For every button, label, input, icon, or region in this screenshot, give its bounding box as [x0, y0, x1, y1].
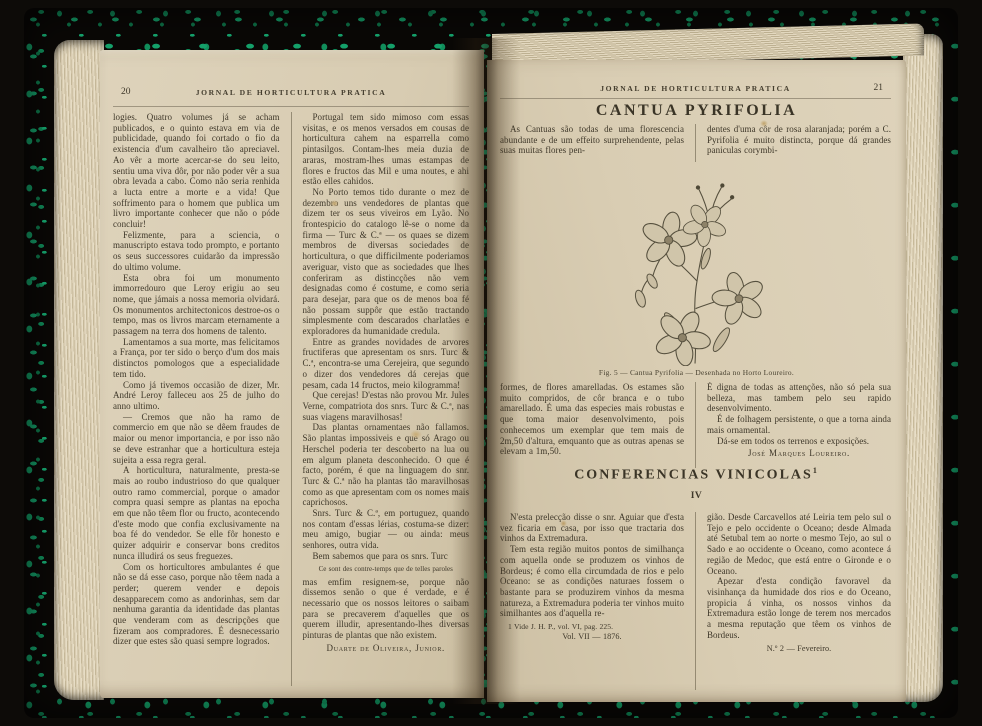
section-number: IV [487, 491, 906, 501]
text-column: dentes d'uma côr de rosa alaranjada; por… [695, 124, 891, 162]
page-number: 20 [121, 87, 131, 97]
left-page-header: 20 JORNAL DE HORTICULTURA PRATICA [113, 88, 469, 100]
paragraph: Snrs. Turc & C.ª, em portuguez, quando n… [303, 508, 470, 551]
issue-line: N.º 2 — Fevereiro. [707, 644, 891, 655]
text-column: gião. Desde Carcavellos até Leiria tem p… [695, 512, 891, 690]
paragraph: Entre as grandes novidades de arvores fr… [303, 337, 470, 391]
paragraph: Que cerejas! D'estas não provou Mr. Jule… [303, 390, 470, 422]
paragraph: Apezar d'esta condição favoravel da visi… [707, 576, 891, 640]
intro-columns: As Cantuas são todas de uma florescencia… [500, 124, 891, 162]
paragraph: formes, de flores amarelladas. Os estame… [500, 382, 684, 457]
figure-caption: Fig. 5 — Cantua Pyrifolia — Desenhada no… [487, 368, 906, 377]
paragraph: gião. Desde Carcavellos até Leiria tem p… [707, 512, 891, 576]
paragraph: logies. Quatro volumes já se acham publi… [113, 112, 280, 230]
left-page: 20 JORNAL DE HORTICULTURA PRATICA logies… [100, 50, 484, 698]
paragraph: Felizmente, para a sciencia, o manuscrip… [113, 230, 280, 273]
text-column: logies. Quatro volumes já se acham publi… [113, 112, 280, 686]
paragraph: José Marques Loureiro. [707, 448, 891, 459]
text-column: As Cantuas são todas de uma florescencia… [500, 124, 684, 162]
paragraph: mas emfim resignem-se, porque não dissem… [303, 577, 470, 641]
paragraph: Bem sabemos que para os snrs. Turc [303, 551, 470, 562]
section-title: CONFERENCIAS VINICOLAS1 [487, 466, 906, 484]
paragraph: Tem esta região muitos pontos de similha… [500, 544, 684, 619]
paragraph: No Porto temos tido durante o mez de dez… [303, 187, 470, 337]
conference-columns: N'esta prelecção disse o snr. Aguiar que… [500, 512, 891, 690]
right-page-header: JORNAL DE HORTICULTURA PRATICA 21 [500, 84, 891, 96]
footnote: 1 Vide J. H. P., vol. VI, pag. 225. [500, 622, 684, 631]
paragraph: Como já tivemos occasião de dizer, Mr. A… [113, 380, 280, 412]
footnote-marker: 1 [813, 466, 819, 475]
left-page-columns: logies. Quatro volumes já se acham publi… [113, 112, 469, 686]
page-edges-left [54, 40, 104, 700]
paragraph: Ce sont des contre-temps que de telles p… [303, 565, 470, 574]
paragraph: Esta obra foi um monumento immorredouro … [113, 273, 280, 337]
paragraph: Portugal tem sido mimoso com essas visit… [303, 112, 470, 187]
text-column: Portugal tem sido mimoso com essas visit… [291, 112, 470, 686]
paragraph: — Cremos que não ha ramo de commercio em… [113, 412, 280, 466]
paragraph: Das plantas ornamentaes não fallamos. Sã… [303, 422, 470, 508]
paragraph: As Cantuas são todas de uma florescencia… [500, 124, 684, 156]
body-columns: formes, de flores amarelladas. Os estame… [500, 382, 891, 468]
open-book-photograph: 20 JORNAL DE HORTICULTURA PRATICA logies… [0, 0, 982, 726]
text-column: É digna de todas as attenções, não só pe… [695, 382, 891, 468]
botanical-illustration [487, 160, 906, 366]
running-head: JORNAL DE HORTICULTURA PRATICA [113, 88, 469, 97]
right-page: JORNAL DE HORTICULTURA PRATICA 21 CANTUA… [487, 60, 906, 702]
article-title: CANTUA PYRIFOLIA [487, 102, 906, 120]
running-head: JORNAL DE HORTICULTURA PRATICA [500, 84, 891, 93]
page-edges-right [903, 34, 943, 702]
text-column: N'esta prelecção disse o snr. Aguiar que… [500, 512, 684, 690]
paragraph: Com os horticultores ambulantes é que nã… [113, 562, 280, 648]
volume-line: Vol. VII — 1876. [500, 632, 684, 643]
cantua-flower-engraving-icon [604, 166, 790, 366]
section-title-text: CONFERENCIAS VINICOLAS [574, 468, 813, 483]
paragraph: É digna de todas as attenções, não só pe… [707, 382, 891, 414]
conference-text: N'esta prelecção disse o snr. Aguiar que… [500, 512, 684, 619]
conference-text: gião. Desde Carcavellos até Leiria tem p… [707, 512, 891, 640]
header-rule [113, 106, 469, 107]
paragraph: A horticultura, naturalmente, presta-se … [113, 465, 280, 561]
text-column: formes, de flores amarelladas. Os estame… [500, 382, 684, 468]
header-rule [500, 98, 891, 99]
paragraph: Duarte de Oliveira, Junior. [303, 643, 470, 654]
paragraph: Dá-se em todos os terrenos e exposições. [707, 436, 891, 447]
page-number: 21 [874, 83, 884, 93]
paragraph: dentes d'uma côr de rosa alaranjada; por… [707, 124, 891, 156]
paragraph: N'esta prelecção disse o snr. Aguiar que… [500, 512, 684, 544]
paragraph: É de folhagem persistente, o que a torna… [707, 414, 891, 435]
paragraph: Lamentamos a sua morte, mas felicitamos … [113, 337, 280, 380]
